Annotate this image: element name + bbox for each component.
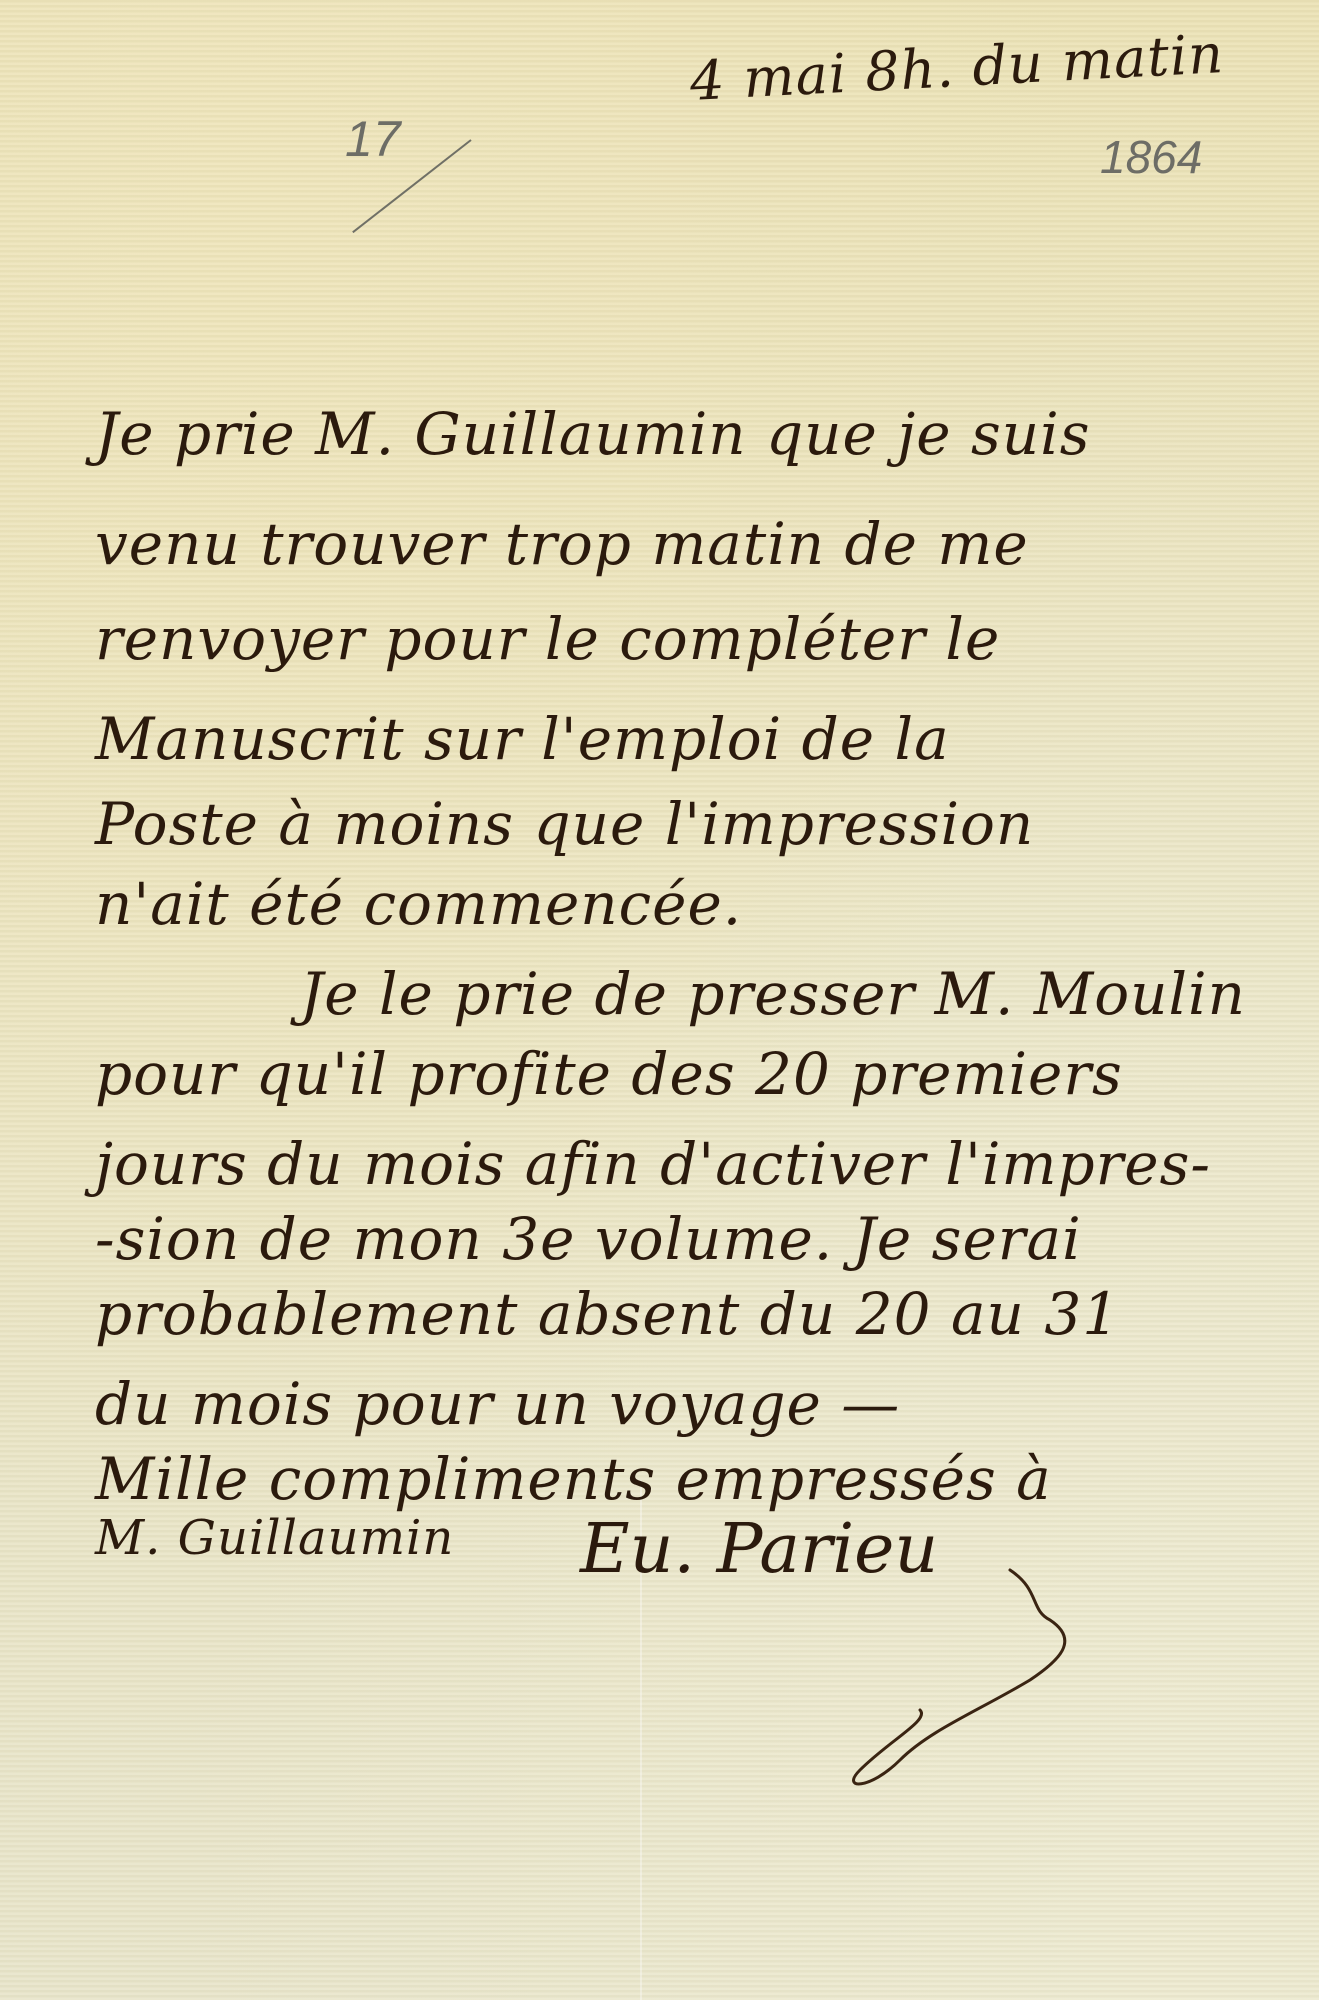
letter-page: 4 mai 8h. du matin 1864 17 Je prie M. Gu…: [0, 0, 1319, 2000]
letter-line: Mille compliments empressés à: [95, 1445, 1052, 1513]
date-line: 4 mai 8h. du matin: [688, 22, 1225, 113]
letter-line: probablement absent du 20 au 31: [95, 1280, 1120, 1348]
year-annotation: 1864: [1100, 130, 1202, 184]
addressee-line: M. Guillaumin: [95, 1510, 454, 1566]
letter-line: Manuscrit sur l'emploi de la: [95, 705, 950, 773]
letter-line: jours du mois afin d'activer l'impres-: [95, 1130, 1211, 1198]
letter-line: renvoyer pour le compléter le: [95, 605, 1000, 673]
letter-line: du mois pour un voyage —: [95, 1370, 900, 1438]
letter-line: n'ait été commencée.: [95, 870, 742, 938]
signature-flourish-icon: [780, 1540, 1100, 1800]
letter-line: venu trouver trop matin de me: [95, 510, 1029, 578]
letter-line: Je le prie de presser M. Moulin: [300, 960, 1246, 1028]
letter-line: Je prie M. Guillaumin que je suis: [95, 400, 1090, 468]
letter-line: -sion de mon 3e volume. Je serai: [95, 1205, 1082, 1273]
letter-line: Poste à moins que l'impression: [95, 790, 1034, 858]
letter-line: pour qu'il profite des 20 premiers: [95, 1040, 1123, 1108]
folio-number: 17: [345, 110, 401, 168]
